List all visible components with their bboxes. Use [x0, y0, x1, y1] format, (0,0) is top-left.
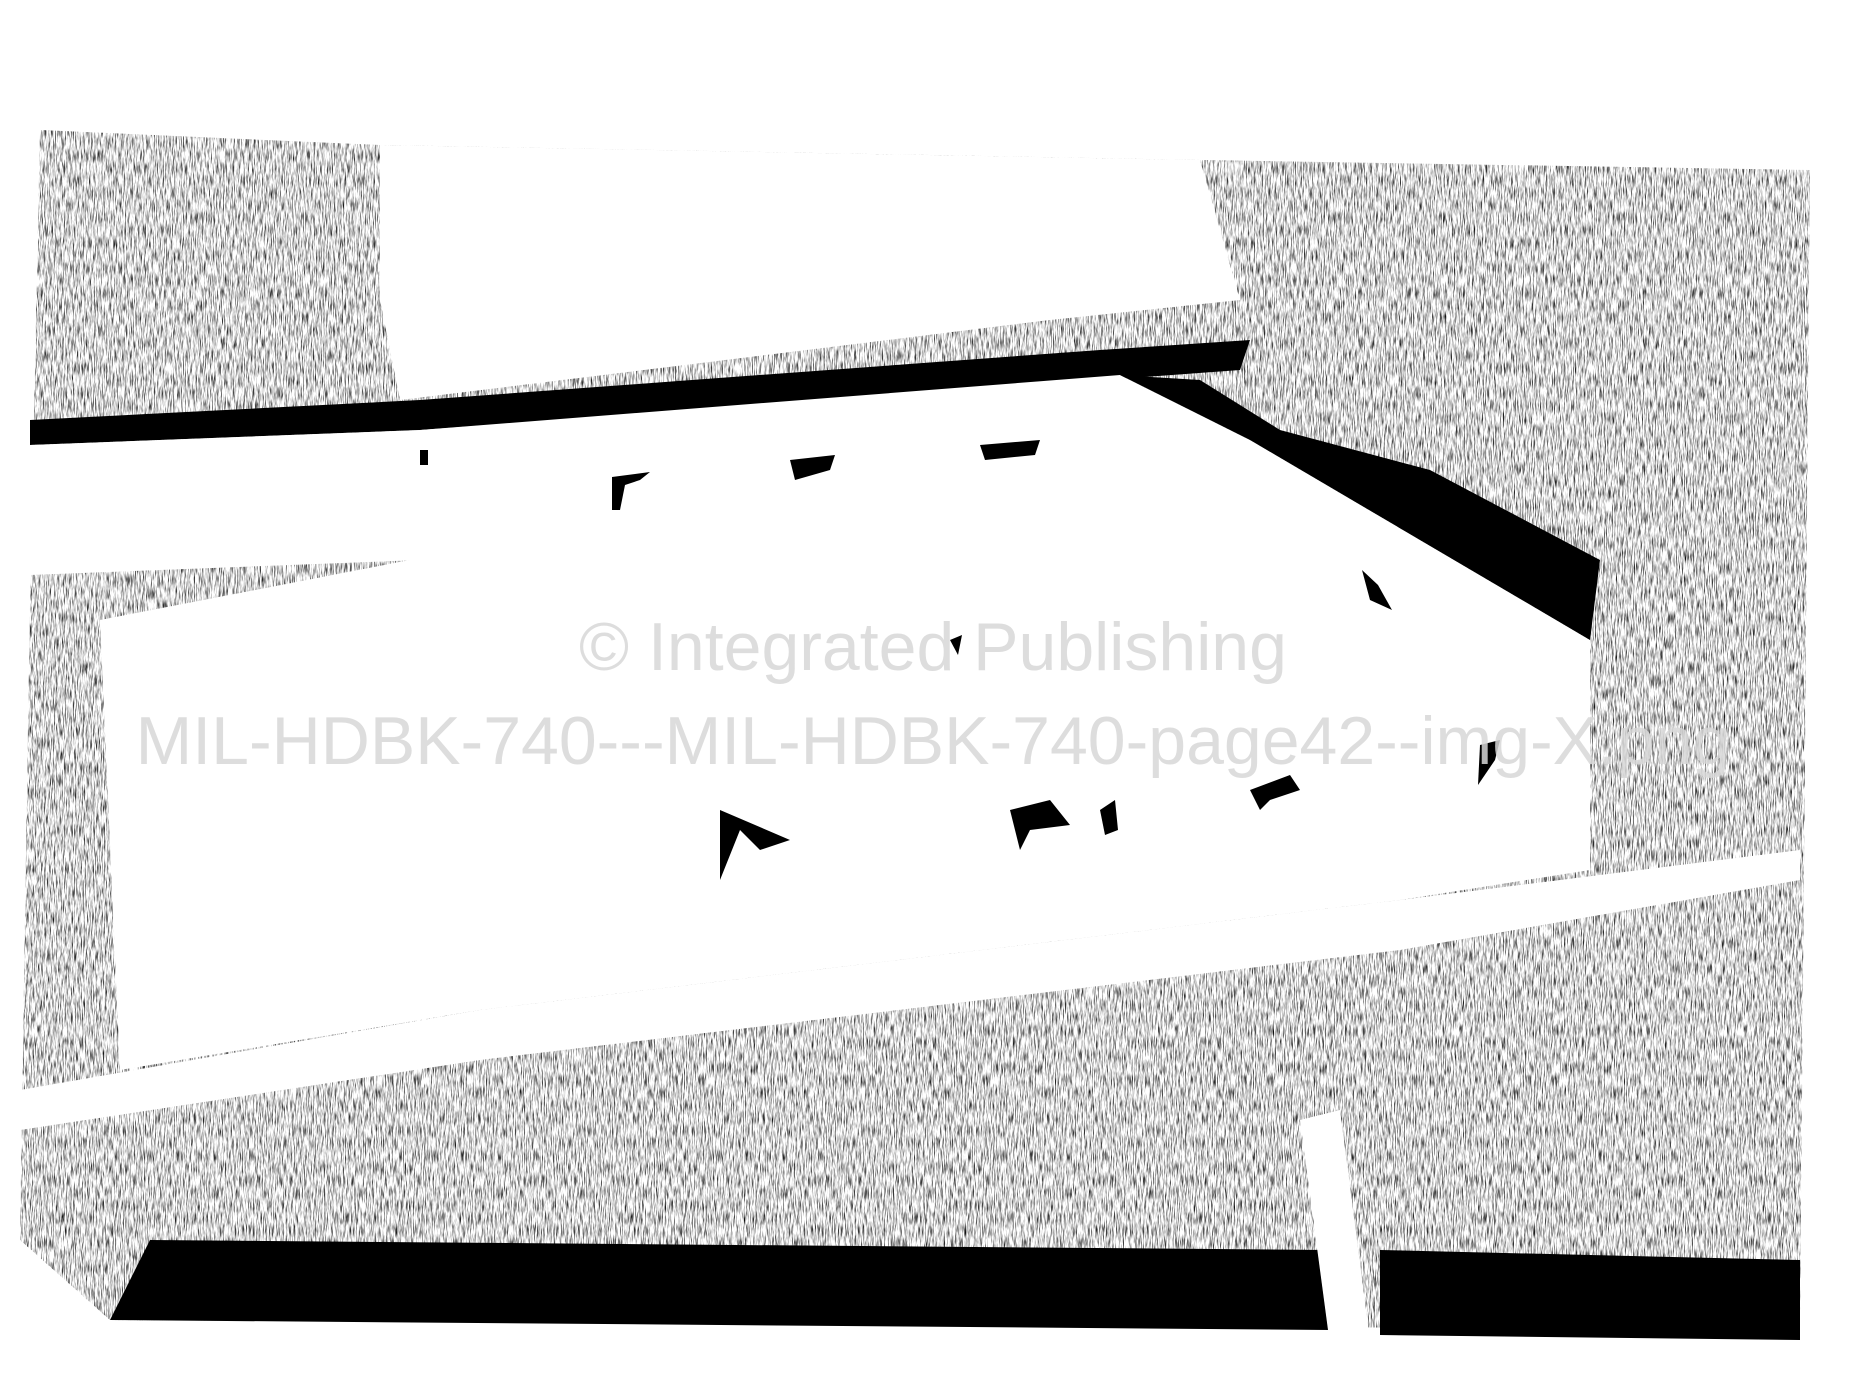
halftone-photograph: [0, 0, 1866, 1400]
bottom-dark-region: [110, 1240, 1330, 1330]
shelf-band-left: [30, 430, 420, 575]
